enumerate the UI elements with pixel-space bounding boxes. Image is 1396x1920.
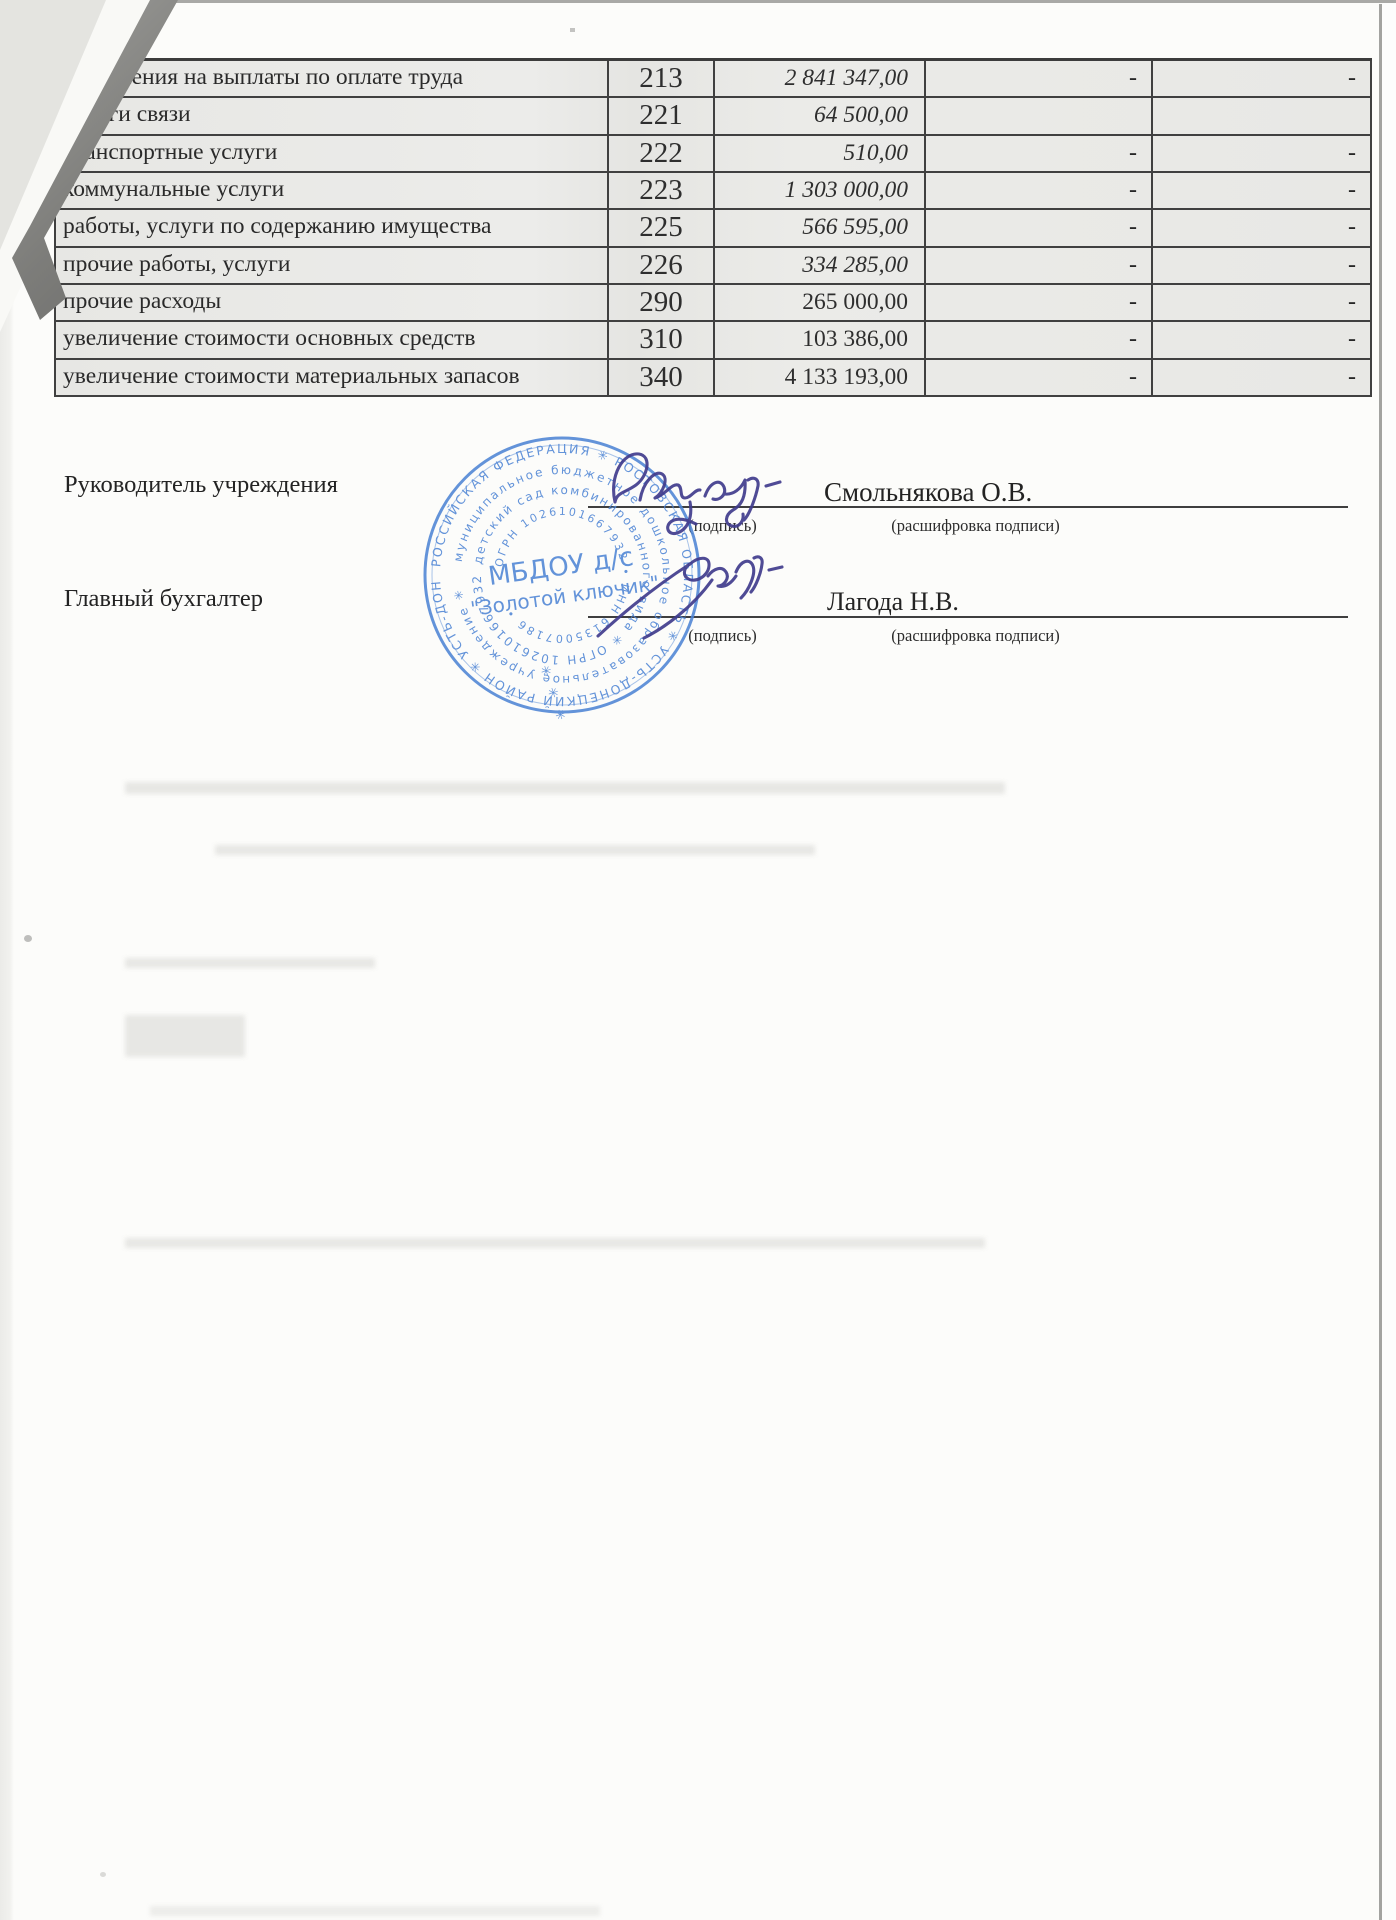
row-dash-col4: -: [925, 359, 1152, 396]
bleedthrough-block: [125, 1015, 245, 1057]
row-dash-col5: -: [1152, 60, 1371, 98]
table-row: услуги связи22164 500,00: [55, 97, 1371, 134]
scan-speck: [100, 1872, 106, 1877]
role-label-accountant: Главный бухгалтер: [64, 585, 263, 613]
row-amount: 265 000,00: [714, 284, 925, 321]
row-label: прочие расходы: [55, 284, 608, 321]
row-code: 213: [608, 60, 714, 98]
table-row: прочие работы, услуги226334 285,00--: [55, 247, 1371, 284]
row-dash-col4: -: [925, 60, 1152, 98]
row-amount: 2 841 347,00: [714, 60, 925, 98]
row-amount: 64 500,00: [714, 97, 925, 134]
director-signature: [614, 454, 780, 534]
table-row: прочие расходы290265 000,00--: [55, 284, 1371, 321]
row-code: 290: [608, 284, 714, 321]
row-dash-col5: -: [1152, 135, 1371, 172]
bleedthrough-line: [125, 958, 375, 968]
row-code: 226: [608, 247, 714, 284]
row-dash-col4: -: [925, 172, 1152, 209]
bleedthrough-line: [150, 1906, 600, 1916]
row-label: услуги связи: [55, 97, 608, 134]
scan-right-edge: [1379, 4, 1382, 1920]
table-row: увеличение стоимости материальных запасо…: [55, 359, 1371, 396]
row-label: увеличение стоимости основных средств: [55, 321, 608, 358]
row-label: увеличение стоимости материальных запасо…: [55, 359, 608, 396]
row-code: 223: [608, 172, 714, 209]
row-amount: 334 285,00: [714, 247, 925, 284]
row-amount: 566 595,00: [714, 209, 925, 246]
row-dash-col4: -: [925, 247, 1152, 284]
row-dash-col4: -: [925, 135, 1152, 172]
row-label: работы, услуги по содержанию имущества: [55, 209, 608, 246]
scan-speck: [570, 28, 575, 32]
role-label-director: Руководитель учреждения: [64, 471, 338, 499]
scan-right-paper: [1382, 0, 1396, 1920]
row-label: коммунальные услуги: [55, 172, 608, 209]
row-dash-col4: [925, 97, 1152, 134]
row-code: 225: [608, 209, 714, 246]
scan-left-shade: [0, 300, 14, 1920]
table-row: коммунальные услуги2231 303 000,00--: [55, 172, 1371, 209]
scan-top-edge: [0, 0, 1396, 3]
row-label: начисления на выплаты по оплате труда: [55, 60, 608, 98]
row-label: транспортные услуги: [55, 135, 608, 172]
bleedthrough-line: [125, 782, 1005, 794]
accountant-signature: [598, 557, 782, 638]
scan-speck: [24, 935, 32, 942]
row-amount: 1 303 000,00: [714, 172, 925, 209]
row-code: 222: [608, 135, 714, 172]
table-row: начисления на выплаты по оплате труда213…: [55, 60, 1371, 98]
row-code: 340: [608, 359, 714, 396]
row-code: 221: [608, 97, 714, 134]
row-label: прочие работы, услуги: [55, 247, 608, 284]
row-dash-col4: -: [925, 284, 1152, 321]
handwritten-signatures: [540, 430, 1020, 660]
table-row: работы, услуги по содержанию имущества22…: [55, 209, 1371, 246]
row-dash-col5: -: [1152, 321, 1371, 358]
table-row: увеличение стоимости основных средств310…: [55, 321, 1371, 358]
row-code: 310: [608, 321, 714, 358]
row-dash-col4: -: [925, 209, 1152, 246]
row-amount: 4 133 193,00: [714, 359, 925, 396]
row-dash-col4: -: [925, 321, 1152, 358]
row-dash-col5: -: [1152, 172, 1371, 209]
budget-table: начисления на выплаты по оплате труда213…: [54, 58, 1320, 397]
row-amount: 510,00: [714, 135, 925, 172]
table-row: транспортные услуги222510,00--: [55, 135, 1371, 172]
row-dash-col5: -: [1152, 359, 1371, 396]
row-dash-col5: [1152, 97, 1371, 134]
row-dash-col5: -: [1152, 247, 1371, 284]
bleedthrough-line: [215, 845, 815, 855]
row-amount: 103 386,00: [714, 321, 925, 358]
row-dash-col5: -: [1152, 209, 1371, 246]
row-dash-col5: -: [1152, 284, 1371, 321]
bleedthrough-line: [125, 1238, 985, 1248]
